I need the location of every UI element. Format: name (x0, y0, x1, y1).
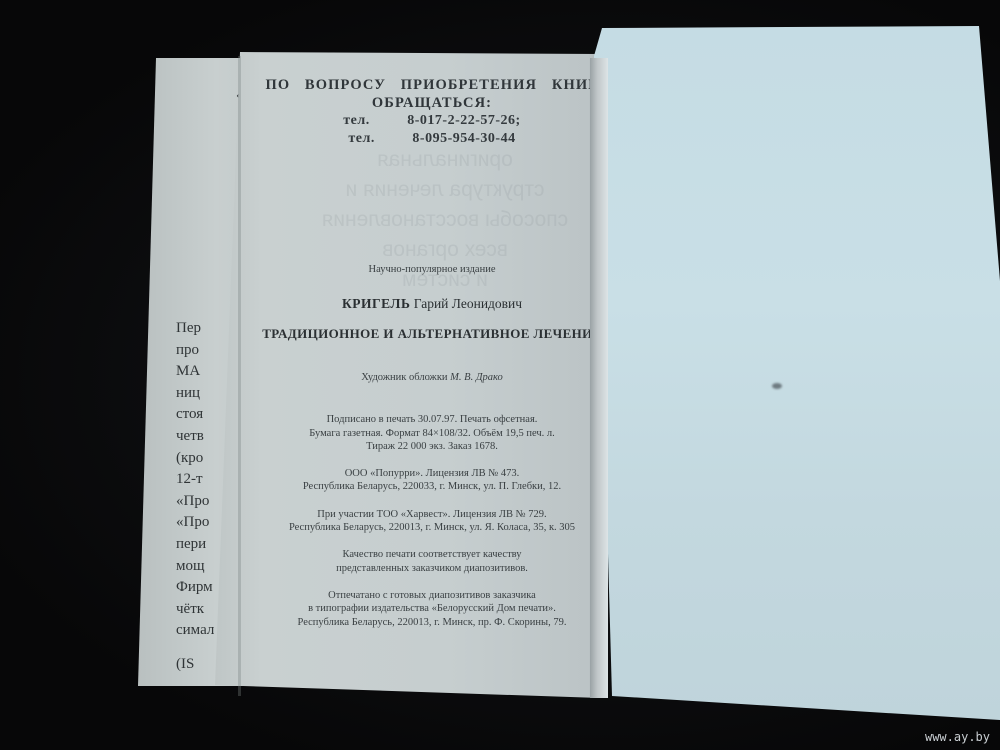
watermark: www.ay.by (925, 730, 990, 744)
partner-info: При участии ТОО «Харвест». Лицензия ЛВ №… (262, 508, 602, 535)
printer-info: Отпечатано с готовых диапозитивов заказч… (262, 589, 602, 629)
paper-spot (772, 383, 782, 389)
edition-type: Научно-популярное издание (262, 263, 602, 276)
phone-line: тел. 8-017-2-22-57-26; (262, 112, 602, 130)
cover-artist: Художник обложки М. В. Драко (262, 372, 602, 383)
print-quality-note: Качество печати соответствует качеству п… (262, 548, 602, 575)
book-gutter (590, 58, 608, 698)
imprint-block: ПО ВОПРОСУ ПРИОБРЕТЕНИЯ КНИГ ОБРАЩАТЬСЯ:… (262, 76, 602, 629)
publisher-info: ООО «Попурри». Лицензия ЛВ № 473. Респуб… (262, 467, 602, 494)
purchase-contact-heading: ПО ВОПРОСУ ПРИОБРЕТЕНИЯ КНИГ ОБРАЩАТЬСЯ: (262, 76, 602, 112)
page-edge (238, 56, 241, 696)
book-title: ТРАДИЦИОННОЕ И АЛЬТЕРНАТИВНОЕ ЛЕЧЕНИЕ (262, 326, 602, 342)
phone-line: тел. 8-095-954-30-44 (262, 130, 602, 148)
print-info: Подписано в печать 30.07.97. Печать офсе… (262, 413, 602, 453)
author: КРИГЕЛЬ Гарий Леонидович (262, 296, 602, 312)
blank-right-page (594, 26, 1000, 720)
